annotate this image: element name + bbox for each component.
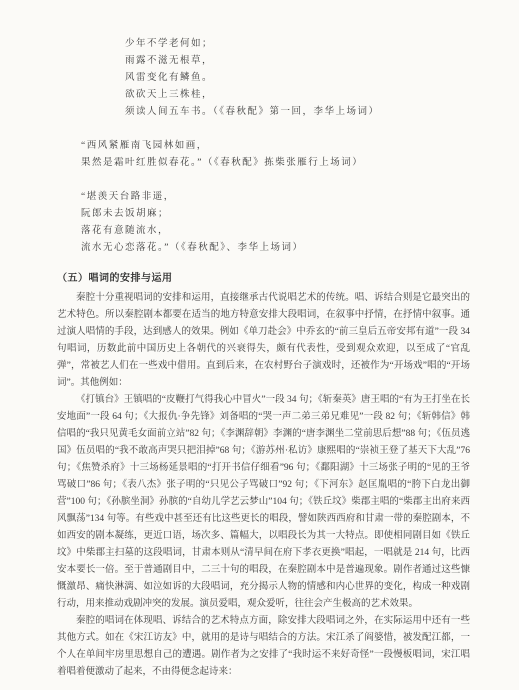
poem-line: 雨露不滋无根草， (125, 53, 470, 70)
poem-line: 落花有意随流水， (81, 223, 470, 240)
body-paragraph-intro: 秦腔十分重视唱词的安排和运用，直接继承古代说唱艺术的传统。唱、诉结合则是它最突出… (57, 290, 470, 392)
poem-line-with-attribution: 须读人间五车书。（《春秋配》第一回，李华上场词） (125, 104, 470, 121)
poem-line: 欲砍天上三株桂， (125, 87, 470, 104)
poem-line: 风雷变化有鳞鱼。 (125, 70, 470, 87)
poem-line-with-attribution: 流水无心恋落花。”（《春秋配》、李华上场词） (81, 240, 470, 257)
poem-line: “西风紧雁南飞园林如画， (81, 138, 470, 155)
quote-zhang-yanxing: “西风紧雁南飞园林如画， 果然是霜叶红胜似春花。”（《春秋配》拣柴张雁行上场词） (81, 138, 470, 172)
body-paragraph-examples: 《打镇台》王镇唱的“皮鞭打气得我心中冒火”一段 34 句；《斩秦英》唐王唱的“有… (57, 392, 470, 613)
poem-line-with-attribution: 果然是霜叶红胜似春花。”（《春秋配》拣柴张雁行上场词） (81, 155, 470, 172)
poem-line: 少年不学老何如； (125, 36, 470, 53)
quote-li-hua-second: “堪羡天台路非遥， 阮郎未去饭胡麻； 落花有意随流水， 流水无心恋落花。”（《春… (81, 189, 470, 257)
poem-line: “堪羡天台路非遥， (81, 189, 470, 206)
section-heading: （五）唱词的安排与运用 (57, 270, 470, 287)
poem-line: 阮郎未去饭胡麻； (81, 206, 470, 223)
body-paragraph-songjiang: 秦腔的唱词在体现唱、诉结合的艺术特点方面，除安排大段唱词之外，在实际运用中还有一… (57, 613, 470, 681)
opening-poem-li-hua: 少年不学老何如； 雨露不滋无根草， 风雷变化有鳞鱼。 欲砍天上三株桂， 须读人间… (125, 36, 470, 121)
book-page: 少年不学老何如； 雨露不滋无根草， 风雷变化有鳞鱼。 欲砍天上三株桂， 须读人间… (0, 0, 519, 690)
